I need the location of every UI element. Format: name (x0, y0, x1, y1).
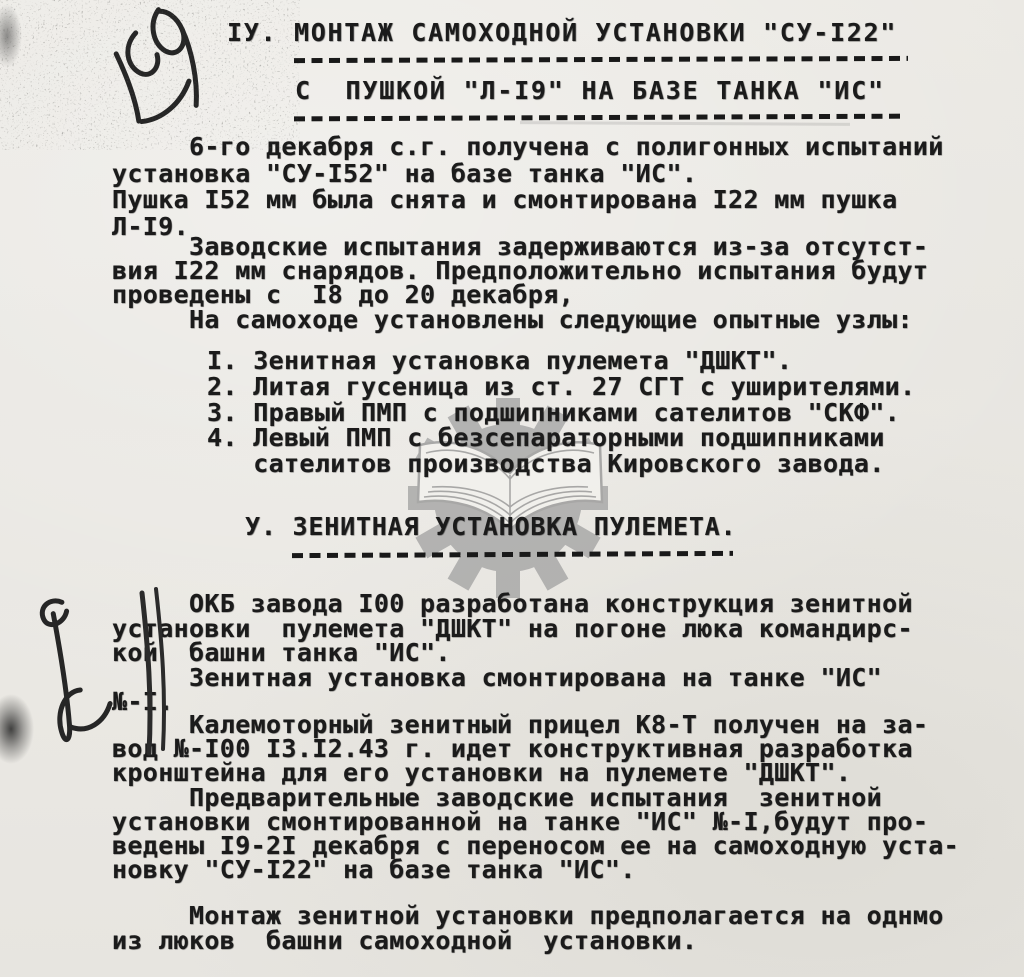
text-line: установка "СУ-I52" на базе танка "ИС". (112, 161, 944, 188)
list-item: 3. Правый ПМП с подшипниками сателитов "… (207, 400, 915, 426)
text-line: 6-го декабря с.г. получена с полигонных … (112, 134, 944, 161)
title-dashed-underline-1 (294, 56, 908, 63)
text-line: проведены с I8 до 20 декабря, (112, 283, 928, 307)
list-item: I. Зенитная установка пулемета "ДШКТ". (207, 348, 915, 374)
text-line: из люков башни самоходной установки. (112, 928, 944, 953)
text-line: кой башни танка "ИС". (112, 641, 913, 666)
document-title-line-1: IУ. МОНТАЖ САМОХОДНОЙ УСТАНОВКИ "СУ-I22" (227, 18, 897, 47)
paragraph-sight-and-trials: Калемоторный зенитный прицел К8-Т получе… (112, 713, 959, 882)
edge-speck (0, 4, 22, 68)
text-line: новку "СУ-I22" на базе танка "ИС". (112, 858, 959, 882)
double-vertical-strokes (142, 589, 164, 753)
title-dashed-underline-2 (294, 114, 906, 122)
list-item-continuation: сателитов производства Кировского завода… (207, 451, 915, 477)
handwritten-signature-mark (62, 2, 262, 137)
paragraph-factory-trials-delay: Заводские испытания задерживаются из-за … (112, 235, 928, 332)
paragraph-okb-design: ОКБ завода I00 разработана конструкция з… (112, 592, 913, 715)
scan-scratch (520, 121, 850, 126)
paragraph-mount-plan: Монтаж зенитной установки предполагается… (112, 903, 944, 953)
text-line: Пушка I52 мм была снята и смонтирована I… (112, 187, 944, 214)
document-title-line-2: С ПУШКОЙ "Л-I9" НА БАЗЕ ТАНКА "ИС" (295, 76, 885, 105)
text-line: На самоходе установлены следующие опытны… (112, 308, 928, 332)
text-line: Зенитная установка смонтирована на танке… (112, 666, 913, 691)
section-heading-aa-mg-mount: У. ЗЕНИТНАЯ УСТАНОВКА ПУЛЕМЕТА. (245, 512, 736, 541)
text-line: ОКБ завода I00 разработана конструкция з… (112, 592, 913, 617)
handwritten-margin-mark (0, 575, 180, 775)
text-line: кронштейна для его установки на пулемете… (112, 761, 959, 785)
text-line: Монтаж зенитной установки предполагается… (112, 903, 944, 928)
scanned-document-page: IУ. МОНТАЖ САМОХОДНОЙ УСТАНОВКИ "СУ-I22"… (0, 0, 1024, 977)
experimental-units-list: I. Зенитная установка пулемета "ДШКТ". 2… (207, 348, 915, 477)
list-item: 2. Литая гусеница из ст. 27 СГТ с уширит… (207, 374, 915, 400)
paragraph-received-from-trials: 6-го декабря с.г. получена с полигонных … (112, 134, 944, 240)
list-item: 4. Левый ПМП с безсепараторными подшипни… (207, 425, 915, 451)
